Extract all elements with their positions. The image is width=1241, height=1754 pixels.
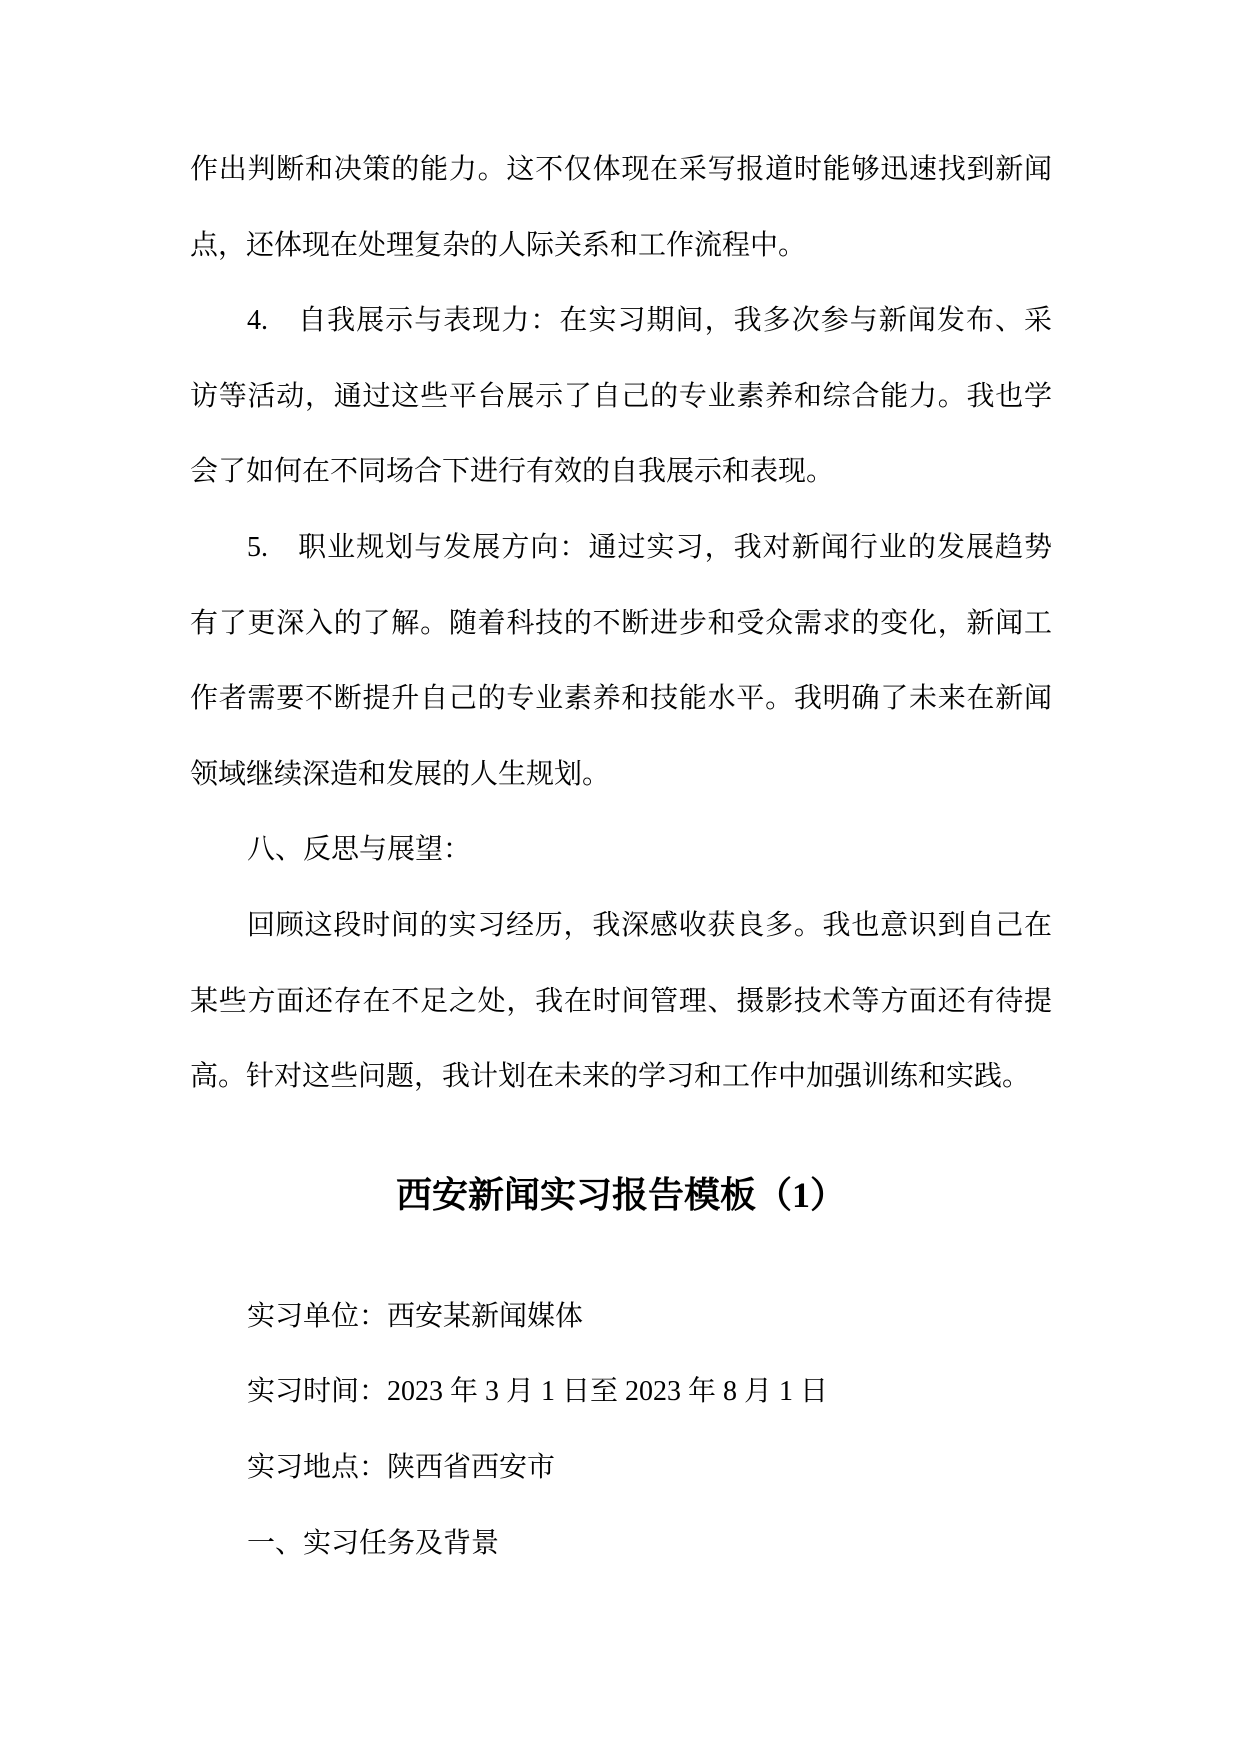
body-line: 4. 自我展示与表现力：在实习期间，我多次参与新闻发布、采 xyxy=(190,283,1052,359)
body-line: 作者需要不断提升自己的专业素养和技能水平。我明确了未来在新闻 xyxy=(190,661,1052,737)
body-line: 回顾这段时间的实习经历，我深感收获良多。我也意识到自己在 xyxy=(190,888,1052,964)
body-line: 实习时间：2023 年 3 月 1 日至 2023 年 8 月 1 日 xyxy=(190,1354,1052,1430)
body-line: 会了如何在不同场合下进行有效的自我展示和表现。 xyxy=(190,434,1052,510)
document-content: 作出判断和决策的能力。这不仅体现在采写报道时能够迅速找到新闻 点，还体现在处理复… xyxy=(190,132,1052,1581)
body-line: 5. 职业规划与发展方向：通过实习，我对新闻行业的发展趋势 xyxy=(190,510,1052,586)
section-heading: 西安新闻实习报告模板（1） xyxy=(190,1148,1052,1242)
body-line: 一、实习任务及背景 xyxy=(190,1506,1052,1582)
body-line: 实习单位：西安某新闻媒体 xyxy=(190,1279,1052,1355)
body-line: 某些方面还存在不足之处，我在时间管理、摄影技术等方面还有待提 xyxy=(190,964,1052,1040)
body-line: 八、反思与展望： xyxy=(190,812,1052,888)
body-line: 访等活动，通过这些平台展示了自己的专业素养和综合能力。我也学 xyxy=(190,359,1052,435)
body-line: 作出判断和决策的能力。这不仅体现在采写报道时能够迅速找到新闻 xyxy=(190,132,1052,208)
body-line: 点，还体现在处理复杂的人际关系和工作流程中。 xyxy=(190,208,1052,284)
body-line: 有了更深入的了解。随着科技的不断进步和受众需求的变化，新闻工 xyxy=(190,586,1052,662)
body-line: 领域继续深造和发展的人生规划。 xyxy=(190,737,1052,813)
document-page: 作出判断和决策的能力。这不仅体现在采写报道时能够迅速找到新闻 点，还体现在处理复… xyxy=(0,0,1241,1754)
body-line: 实习地点：陕西省西安市 xyxy=(190,1430,1052,1506)
body-line: 高。针对这些问题，我计划在未来的学习和工作中加强训练和实践。 xyxy=(190,1039,1052,1115)
